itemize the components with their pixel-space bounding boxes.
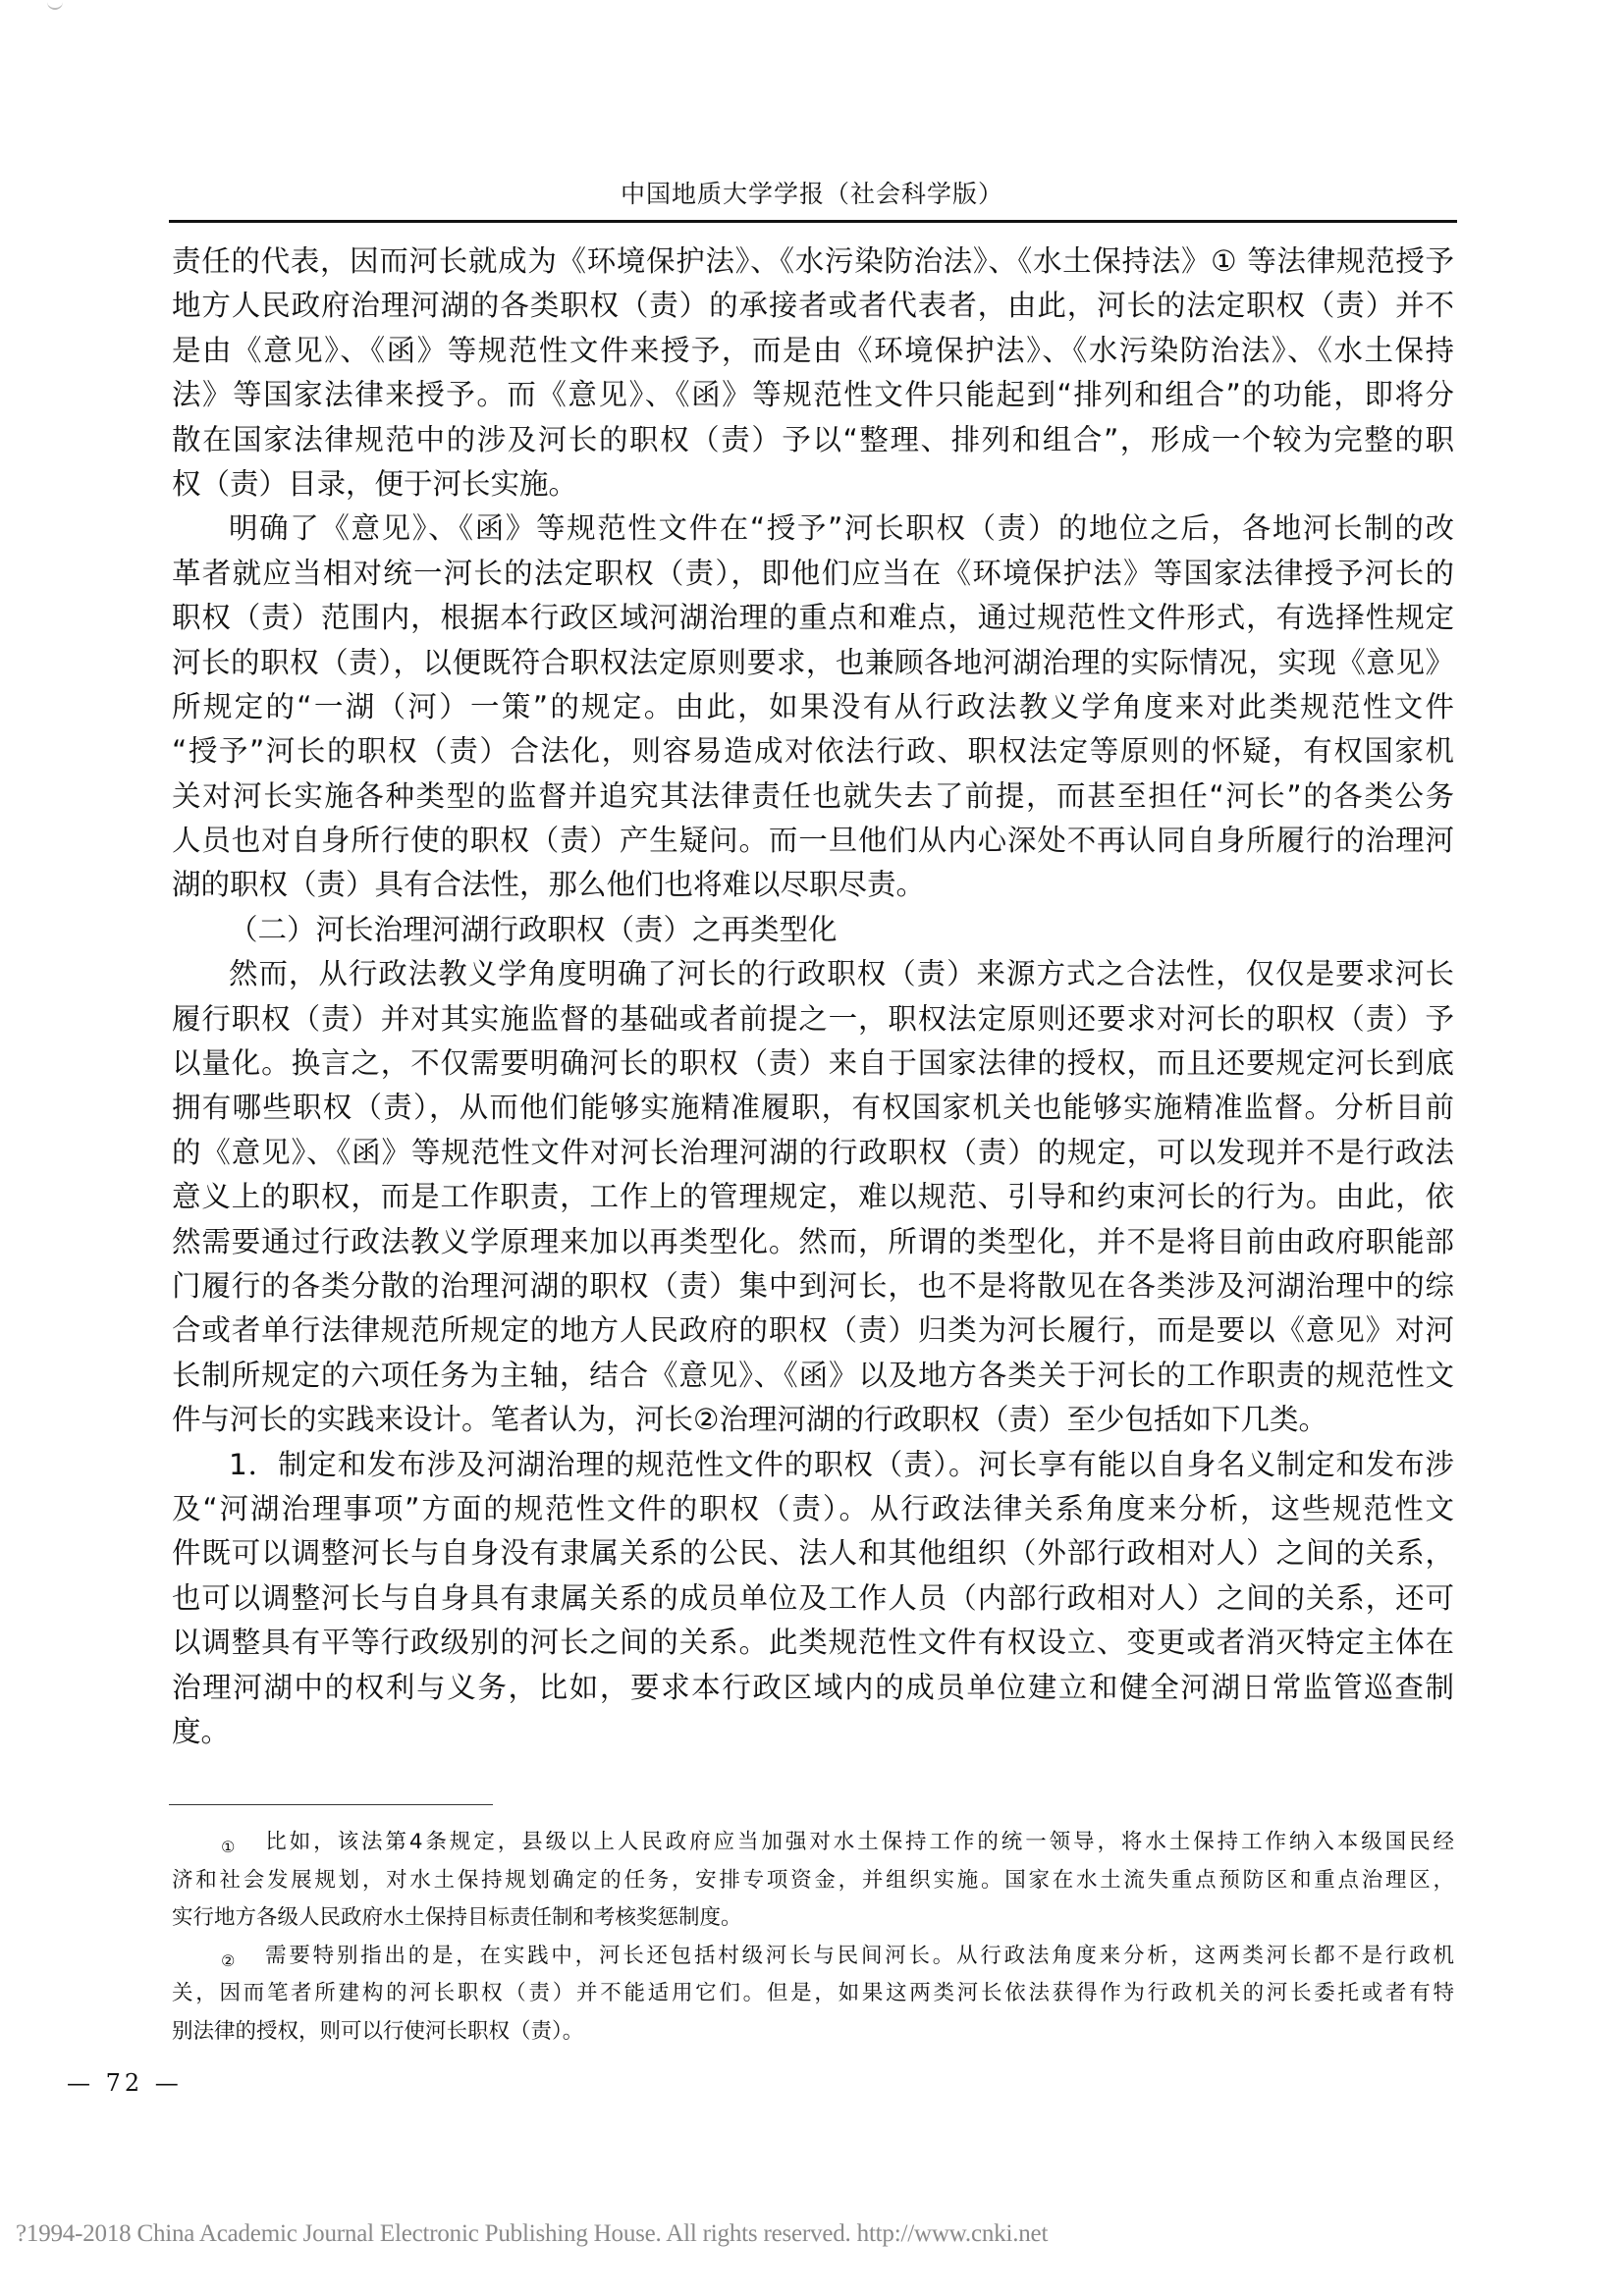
copyright-notice: ?1994-2018 China Academic Journal Electr… [16, 2220, 1048, 2248]
footnote-line: 济和社会发展规划，对水土保持规划确定的任务，安排专项资金，并组织实施。国家在水土… [172, 1862, 1454, 1900]
body-line: 件与河长的实践来设计。笔者认为，河长②治理河湖的行政职权（责）至少包括如下几类。 [172, 1398, 1454, 1442]
body-line: 权（责）目录，便于河长实施。 [172, 462, 1454, 507]
body-line: 地方人民政府治理河湖的各类职权（责）的承接者或者代表者，由此，河长的法定职权（责… [172, 284, 1454, 328]
paragraph-start-line: 明确了《意见》、《函》等规范性文件在“授予”河长职权（责）的地位之后，各地河长制… [172, 507, 1454, 551]
footnote-marker: ② [221, 1951, 238, 1970]
body-line: 法》等国家法律来授予。而《意见》、《函》等规范性文件只能起到“排列和组合”的功能… [172, 373, 1454, 417]
body-line: 革者就应当相对统一河长的法定职权（责），即他们应当在《环境保护法》等国家法律授予… [172, 552, 1454, 596]
footnote-line: ②需要特别指出的是，在实践中，河长还包括村级河长与民间河长。从行政法角度来分析，… [172, 1938, 1454, 1976]
body-line: 责任的代表，因而河长就成为《环境保护法》、《水污染防治法》、《水土保持法》① 等… [172, 240, 1454, 284]
body-line: 度。 [172, 1710, 1454, 1754]
paragraph-start-line: 然而，从行政法教义学角度明确了河长的行政职权（责）来源方式之合法性，仅仅是要求河… [172, 952, 1454, 996]
body-line: 合或者单行法律规范所规定的地方人民政府的职权（责）归类为河长履行，而是要以《意见… [172, 1308, 1454, 1353]
footnote-line: ①比如，该法第4条规定，县级以上人民政府应当加强对水土保持工作的统一领导，将水土… [172, 1824, 1454, 1862]
body-line: 也可以调整河长与自身具有隶属关系的成员单位及工作人员（内部行政相对人）之间的关系… [172, 1576, 1454, 1621]
paragraph-start-line: 1．制定和发布涉及河湖治理的规范性文件的职权（责）。河长享有能以自身名义制定和发… [172, 1443, 1454, 1487]
footnote-separator [169, 1804, 493, 1805]
footnote-marker: ① [221, 1838, 238, 1856]
body-line: 湖的职权（责）具有合法性，那么他们也将难以尽职尽责。 [172, 863, 1454, 907]
body-line: 意义上的职权，而是工作职责，工作上的管理规定，难以规范、引导和约束河长的行为。由… [172, 1175, 1454, 1219]
body-line: 所规定的“一湖（河）一策”的规定。由此，如果没有从行政法教义学角度来对此类规范性… [172, 685, 1454, 729]
body-line: 关对河长实施各种类型的监督并追究其法律责任也就失去了前提，而甚至担任“河长”的各… [172, 774, 1454, 819]
body-line: 以量化。换言之，不仅需要明确河长的职权（责）来自于国家法律的授权，而且还要规定河… [172, 1041, 1454, 1086]
body-line: 职权（责）范围内，根据本行政区域河湖治理的重点和难点，通过规范性文件形式，有选择… [172, 596, 1454, 640]
footnote-line: 别法律的授权，则可以行使河长职权（责）。 [172, 2013, 1454, 2052]
footnote-line: 实行地方各级人民政府水土保持目标责任制和考核奖惩制度。 [172, 1899, 1454, 1938]
body-line: “授予”河长的职权（责）合法化，则容易造成对依法行政、职权法定等原则的怀疑，有权… [172, 729, 1454, 774]
body-line: 长制所规定的六项任务为主轴，结合《意见》、《函》以及地方各类关于河长的工作职责的… [172, 1354, 1454, 1398]
body-line: 然需要通过行政法教义学原理来加以再类型化。然而，所谓的类型化，并不是将目前由政府… [172, 1220, 1454, 1264]
footnote-1: ①比如，该法第4条规定，县级以上人民政府应当加强对水土保持工作的统一领导，将水土… [172, 1824, 1454, 1938]
footnotes: ①比如，该法第4条规定，县级以上人民政府应当加强对水土保持工作的统一领导，将水土… [172, 1824, 1454, 2051]
body-line: 是由《意见》、《函》等规范性文件来授予，而是由《环境保护法》、《水污染防治法》、… [172, 329, 1454, 373]
body-line: 门履行的各类分散的治理河湖的职权（责）集中到河长，也不是将散见在各类涉及河湖治理… [172, 1264, 1454, 1308]
body-line: 拥有哪些职权（责），从而他们能够实施精准履职，有权国家机关也能够实施精准监督。分… [172, 1086, 1454, 1130]
header-rule [169, 220, 1457, 223]
section-heading: （二）河长治理河湖行政职权（责）之再类型化 [172, 908, 1454, 952]
body-line: 件既可以调整河长与自身没有隶属关系的公民、法人和其他组织（外部行政相对人）之间的… [172, 1531, 1454, 1575]
body-line: 河长的职权（责），以便既符合职权法定原则要求，也兼顾各地河湖治理的实际情况，实现… [172, 641, 1454, 685]
footnote-2: ②需要特别指出的是，在实践中，河长还包括村级河长与民间河长。从行政法角度来分析，… [172, 1938, 1454, 2052]
body-line: 履行职权（责）并对其实施监督的基础或者前提之一，职权法定原则还要求对河长的职权（… [172, 997, 1454, 1041]
body-line: 以调整具有平等行政级别的河长之间的关系。此类规范性文件有权设立、变更或者消灭特定… [172, 1621, 1454, 1665]
body-line: 人员也对自身所行使的职权（责）产生疑问。而一旦他们从内心深处不再认同自身所履行的… [172, 819, 1454, 863]
article-body: 责任的代表，因而河长就成为《环境保护法》、《水污染防治法》、《水土保持法》① 等… [172, 240, 1454, 1754]
body-line: 治理河湖中的权利与义务，比如，要求本行政区域内的成员单位建立和健全河湖日常监管巡… [172, 1666, 1454, 1710]
footnote-line: 关，因而笔者所建构的河长职权（责）并不能适用它们。但是，如果这两类河长依法获得作… [172, 1975, 1454, 2013]
body-line: 的《意见》、《函》等规范性文件对河长治理河湖的行政职权（责）的规定，可以发现并不… [172, 1131, 1454, 1175]
body-line: 散在国家法律规范中的涉及河长的职权（责）予以“整理、排列和组合”，形成一个较为完… [172, 418, 1454, 462]
journal-running-head: 中国地质大学学报（社会科学版） [0, 175, 1624, 210]
scan-corner-mark [47, 0, 63, 10]
body-line: 及“河湖治理事项”方面的规范性文件的职权（责）。从行政法律关系角度来分析，这些规… [172, 1487, 1454, 1531]
page-number: — 72 — [67, 2069, 183, 2097]
